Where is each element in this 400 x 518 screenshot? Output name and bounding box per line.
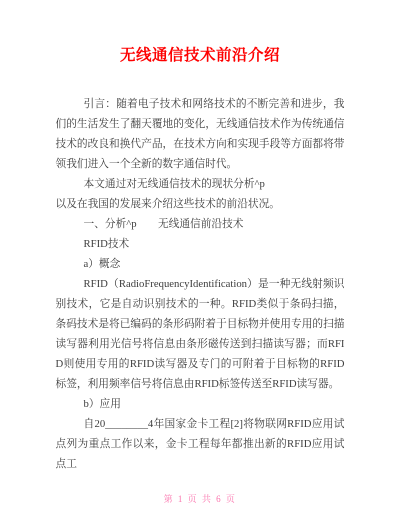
paragraph-rfid-heading: RFID技术 bbox=[56, 234, 345, 254]
document-body: 引言：随着电子技术和网络技术的不断完善和进步，我们的生活发生了翻天覆地的变化，无… bbox=[56, 94, 345, 474]
paragraph-intro: 引言：随着电子技术和网络技术的不断完善和进步，我们的生活发生了翻天覆地的变化，无… bbox=[56, 94, 345, 174]
paragraph-analysis-lead: 本文通过对无线通信技术的现状分析^p bbox=[56, 174, 345, 194]
paragraph-application-heading: b）应用 bbox=[56, 394, 345, 414]
document-title: 无线通信技术前沿介绍 bbox=[0, 0, 400, 65]
paragraph-rfid-application: 自20________4年国家金卡工程[2]将物联网RFID应用试点列为重点工作… bbox=[56, 414, 345, 474]
document-page: 无线通信技术前沿介绍 引言：随着电子技术和网络技术的不断完善和进步，我们的生活发… bbox=[0, 0, 400, 518]
page-number-footer: 第 1 页 共 6 页 bbox=[0, 494, 400, 505]
paragraph-section-heading: 一、分析^p 无线通信前沿技术 bbox=[56, 214, 345, 234]
paragraph-analysis-continuation: 以及在我国的发展来介绍这些技术的前沿状况。 bbox=[56, 194, 345, 214]
paragraph-rfid-concept: RFID（RadioFrequencyIdentification）是一种无线射… bbox=[56, 274, 345, 394]
paragraph-concept-heading: a）概念 bbox=[56, 254, 345, 274]
